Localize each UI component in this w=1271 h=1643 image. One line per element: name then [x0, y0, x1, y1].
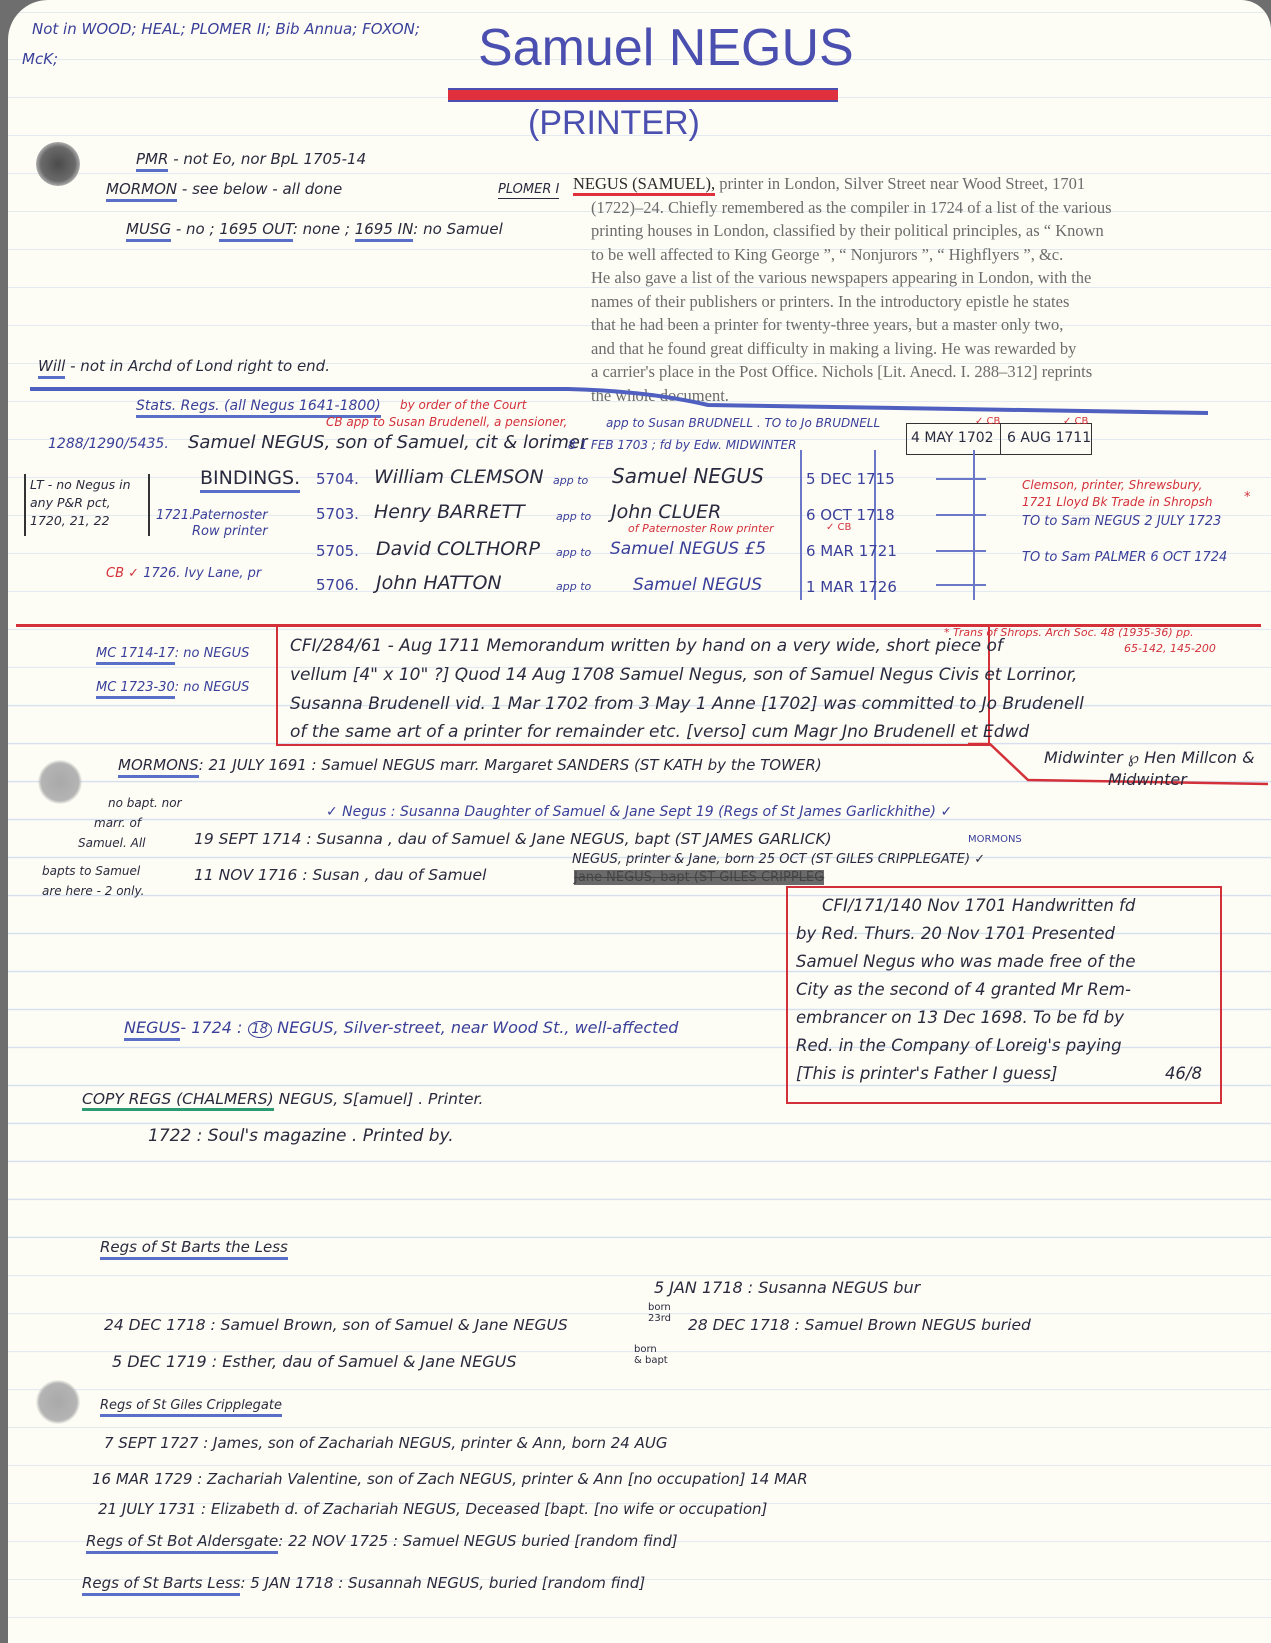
st-giles-row: 7 SEPT 1727 : James, son of Zachariah NE…	[104, 1434, 667, 1452]
paternoster-note: Paternoster Row printer	[192, 508, 282, 540]
number-circle: 18	[248, 1021, 273, 1038]
copy-regs-entry: COPY REGS (CHALMERS) NEGUS, S[amuel] . P…	[82, 1090, 483, 1108]
memorandum-line: Susanna Brudenell vid. 1 Mar 1702 from 3…	[290, 694, 1084, 714]
mc-note-1: MC 1714-17: no NEGUS	[96, 646, 249, 661]
baptism-side-note: no bapt. nor	[108, 796, 182, 810]
trans-pages: 65-142, 145-200	[1124, 642, 1216, 655]
born-note: born& bapt	[634, 1344, 674, 1366]
date-cell-2: 6 AUG 1711 ✓ CB	[1000, 423, 1092, 455]
page-title: Samuel NEGUS	[478, 18, 854, 78]
clemson-note-2: 1721 Lloyd Bk Trade in Shropsh	[1022, 495, 1212, 509]
sources-note: Not in WOOD; HEAL; PLOMER II; Bib Annua;…	[32, 20, 420, 38]
stats-entry: Samuel NEGUS, son of Samuel, cit & lorim…	[188, 432, 587, 453]
mormons-tag: MORMONS	[968, 834, 1022, 845]
baptism-side-note: bapts to Samuel	[42, 864, 140, 878]
baptism-side-note: Samuel. All	[78, 836, 146, 850]
st-giles-row: 21 JULY 1731 : Elizabeth d. of Zachariah…	[98, 1500, 767, 1518]
st-giles-heading: Regs of St Giles Cripplegate	[100, 1398, 282, 1413]
copy-regs-line2: 1722 : Soul's magazine . Printed by.	[148, 1126, 454, 1146]
title-underline	[448, 88, 838, 102]
aldersgate-entry: Regs of St Bot Aldersgate: 22 NOV 1725 :…	[86, 1532, 678, 1550]
date-note: 8 1 FEB 1703 ; fd by Edw. MIDWINTER	[568, 438, 796, 452]
punch-hole	[38, 760, 82, 804]
ivy-note: CB ✓ 1726. Ivy Lane, pr	[106, 566, 261, 581]
st-barts-heading: Regs of St Barts the Less	[100, 1238, 288, 1256]
baptism-side-note: are here - 2 only.	[42, 884, 144, 898]
lt-note: LT - no Negus in any P&R pct, 1720, 21, …	[24, 474, 150, 536]
barts-row: 24 DEC 1718 : Samuel Brown, son of Samue…	[104, 1316, 568, 1334]
barts-burial: 5 JAN 1718 : Susanna NEGUS bur	[654, 1278, 920, 1297]
struck-text: Jane NEGUS, bapt (ST GILES CRIPPLEG	[574, 870, 824, 885]
clemson-star: *	[1244, 490, 1251, 505]
check-musg: MUSG - no ; 1695 OUT: none ; 1695 IN: no…	[126, 220, 503, 238]
plomer-heading: NEGUS (SAMUEL),	[573, 174, 715, 196]
mc-note-2: MC 1723-30: no NEGUS	[96, 680, 249, 695]
barts-less-entry: Regs of St Barts Less: 5 JAN 1718 : Susa…	[82, 1574, 645, 1592]
negus-1724-entry: NEGUS- 1724 : 18 NEGUS, Silver-street, n…	[124, 1018, 678, 1038]
plomer-entry: NEGUS (SAMUEL), printer in London, Silve…	[573, 172, 1203, 407]
baptism-row: 11 NOV 1716 : Susan , dau of Samuel	[194, 866, 486, 884]
st-giles-row: 16 MAR 1729 : Zachariah Valentine, son o…	[92, 1470, 808, 1488]
memorandum-overflow: Midwinter	[1108, 770, 1187, 789]
court-note: by order of the Court	[400, 398, 526, 412]
stats-ref: 1288/1290/5435.	[48, 436, 169, 452]
will-note: Will - not in Archd of Lond right to end…	[38, 357, 330, 375]
punch-hole	[36, 142, 80, 186]
freedom-box: CFI/171/140 Nov 1701 Handwritten fd by R…	[786, 886, 1222, 1104]
memorandum-line: CFI/284/61 - Aug 1711 Memorandum written…	[290, 636, 1003, 656]
check-pmr: PMR - not Eo, nor BpL 1705-14	[136, 150, 366, 168]
app-note: app to Susan BRUDNELL . TO to Jo BRUDNEL…	[606, 416, 880, 430]
garlickhithe-note: ✓ Negus : Susanna Daughter of Samuel & J…	[326, 804, 952, 820]
to-palmer-note: TO to Sam PALMER 6 OCT 1724	[1022, 550, 1227, 565]
to-negus-note: TO to Sam NEGUS 2 JULY 1723	[1022, 514, 1221, 529]
notebook-page: Not in WOOD; HEAL; PLOMER II; Bib Annua;…	[8, 0, 1271, 1643]
memorandum-line: of the same art of a printer for remaind…	[290, 722, 1029, 742]
bindings-heading: BINDINGS.	[200, 467, 300, 489]
plomer-label: PLOMER I	[498, 182, 559, 197]
date-cell-1: 4 MAY 1702 ✓ CB	[906, 423, 1001, 455]
punch-hole	[36, 1380, 80, 1424]
clemson-note-1: Clemson, printer, Shrewsbury,	[1022, 478, 1202, 492]
baptism-row: 19 SEPT 1714 : Susanna , dau of Samuel &…	[194, 830, 832, 848]
barts-burial: 28 DEC 1718 : Samuel Brown NEGUS buried	[688, 1316, 1031, 1334]
check-mormon: MORMON - see below - all done	[106, 180, 342, 198]
born-note: born23rd	[648, 1302, 678, 1324]
barts-row: 5 DEC 1719 : Esther, dau of Samuel & Jan…	[112, 1352, 516, 1371]
page-subtitle: (PRINTER)	[528, 104, 700, 143]
memorandum-overflow: Midwinter ℘ Hen Millcon &	[1044, 748, 1255, 767]
mormons-entry: MORMONS: 21 JULY 1691 : Samuel NEGUS mar…	[118, 756, 822, 774]
paternoster-year: 1721.	[156, 508, 193, 523]
baptism-insert: NEGUS, printer & Jane, born 25 OCT (ST G…	[572, 852, 985, 867]
stats-regs-heading: Stats. Regs. (all Negus 1641-1800)	[136, 398, 381, 414]
memorandum-line: vellum [4" x 10" ?] Quod 14 Aug 1708 Sam…	[290, 665, 1077, 685]
baptism-side-note: marr. of	[94, 816, 141, 830]
sources-note-2: McK;	[22, 50, 58, 68]
cb-note: CB app to Susan Brudenell, a pensioner,	[326, 415, 567, 429]
